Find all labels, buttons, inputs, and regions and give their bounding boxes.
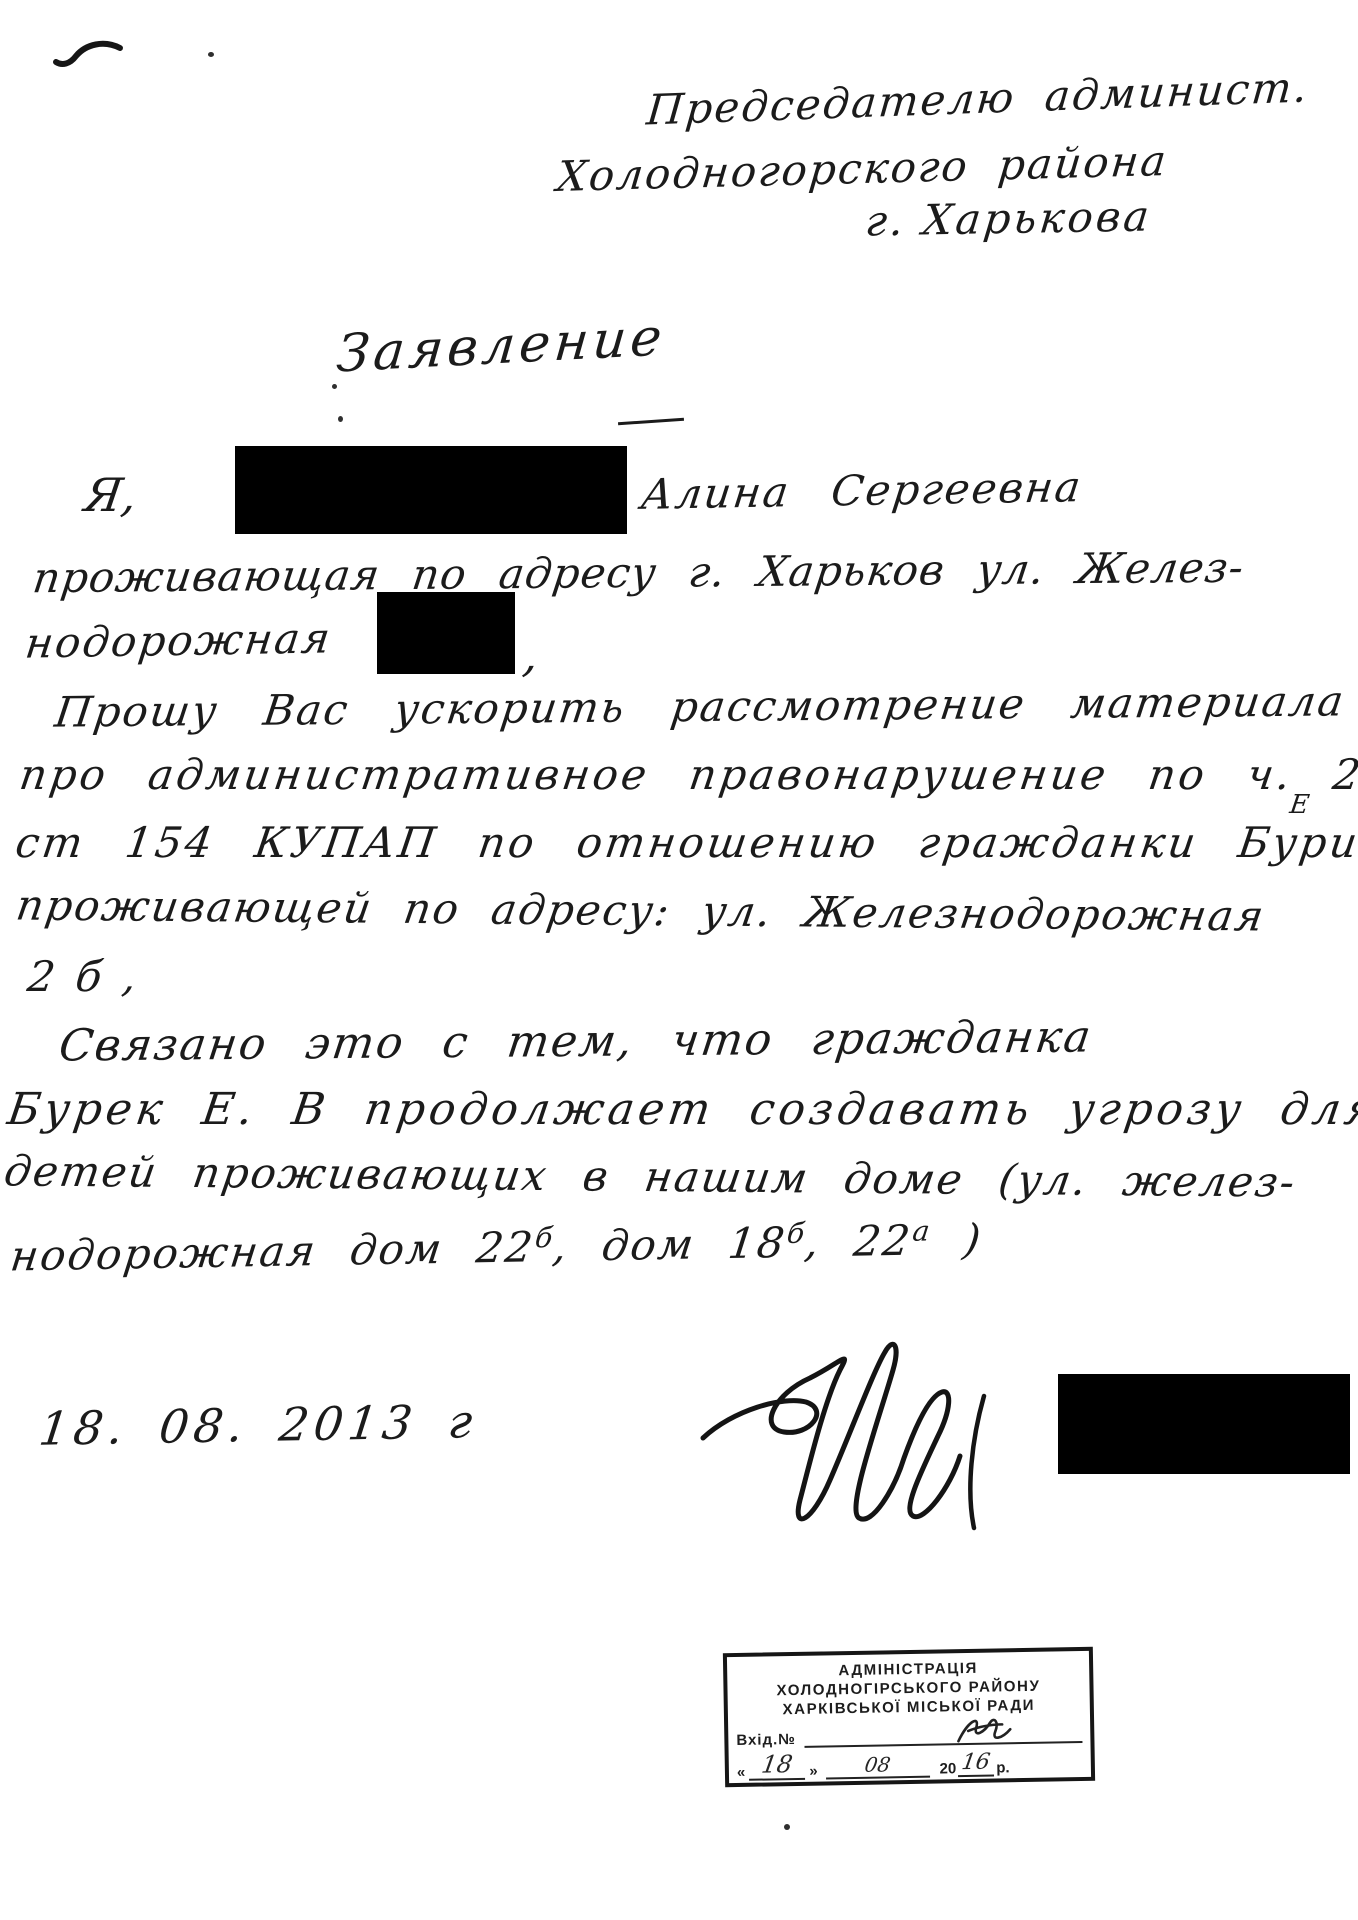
ink-speck: [338, 416, 343, 422]
body-line11: детей проживающих в нашим доме (ул. желе…: [1, 1146, 1300, 1206]
body-line2: проживающая по адресу г. Харьков ул. Жел…: [30, 543, 1247, 603]
addressee-line-2: Холодногорского района: [555, 136, 1170, 201]
addressee-line-1: Председателю админист.: [645, 63, 1311, 135]
body-line12-seg4: ): [927, 1215, 985, 1265]
ink-speck: [208, 52, 214, 57]
redaction-name: [235, 446, 627, 534]
body-line3-comma: ,: [520, 628, 542, 682]
body-line12: нодорожная дом 22б, дом 18б, 22а ): [8, 1214, 986, 1281]
entry-number-scribble: [950, 1712, 1017, 1747]
body-line5: про административное правонарушение по ч…: [17, 750, 1358, 799]
stamp-year-line: 16: [958, 1750, 994, 1778]
body-line12-seg1: нодорожная дом 22: [8, 1222, 537, 1280]
body-line9: Связано это с тем, что гражданка: [56, 1011, 1096, 1071]
body-line6-superscript: Е: [1288, 790, 1311, 820]
ink-speck: [332, 384, 337, 389]
stamp-entry-line: [804, 1717, 1083, 1748]
title-tail-stroke: [618, 418, 684, 426]
stamp-entry-row: Вхід.№: [736, 1717, 1082, 1749]
pen-mark: [50, 36, 130, 76]
body-line12-seg2: , дом 18: [550, 1218, 789, 1271]
stamp-year-prefix: 20: [939, 1760, 956, 1777]
body-line8: 2 б ,: [25, 952, 144, 1001]
handwritten-date: 18. 08. 2013 г: [36, 1394, 480, 1456]
stamp-day-line: 18: [749, 1750, 806, 1781]
stamp-entry-label: Вхід.№: [736, 1731, 796, 1749]
stamp-month-value: 08: [863, 1752, 892, 1777]
stamp-year-suffix: р.: [996, 1759, 1010, 1776]
stamp-year-value: 16: [960, 1750, 992, 1776]
stamp-day-value: 18: [760, 1750, 795, 1779]
registration-stamp: АДМІНІСТРАЦІЯ ХОЛОДНОГІРСЬКОГО РАЙОНУ ХА…: [723, 1647, 1095, 1787]
body-line1-name: Алина Сергеевна: [638, 462, 1085, 519]
redaction-signature: [1058, 1374, 1350, 1474]
addressee-line-3: г. Харькова: [863, 192, 1154, 246]
stamp-quote-close: »: [809, 1763, 818, 1780]
body-line3-word: нодорожная: [23, 613, 335, 667]
body-line6: ст 154 КУПАП по отношению гражданки Бури…: [13, 818, 1358, 867]
redaction-house-number: [377, 592, 515, 674]
body-line1-prefix: Я,: [81, 468, 140, 522]
stamp-date-row: « 18 » 08 20 16 р.: [737, 1745, 1083, 1781]
signature: [688, 1338, 1088, 1558]
body-line10: Бурек Е. В продолжает создавать угрозу д…: [4, 1084, 1358, 1135]
body-line4: Прошу Вас ускорить рассмотрение материал…: [52, 676, 1348, 736]
body-line7: проживающей по адресу: ул. Железнодорожн…: [13, 881, 1269, 941]
stamp-quote-open: «: [737, 1764, 746, 1781]
body-line12-seg3: , 22: [802, 1216, 914, 1267]
stamp-month-line: 08: [825, 1752, 929, 1780]
ink-speck: [784, 1824, 790, 1830]
scanned-document-page: Председателю админист. Холодногорского р…: [0, 0, 1358, 1920]
document-title: Заявление: [334, 307, 668, 384]
